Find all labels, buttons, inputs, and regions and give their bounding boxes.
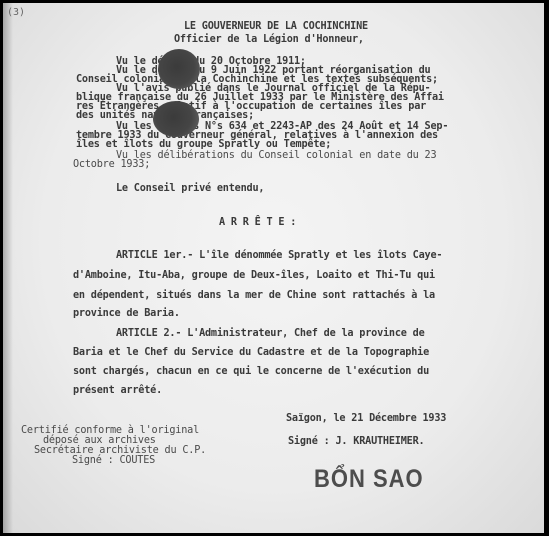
article-line: présent arrêté. [73, 385, 162, 396]
place-date: Saïgon, le 21 Décembre 1933 [286, 413, 446, 424]
article-line: ARTICLE 2.- L'Administrateur, Chef de la… [116, 328, 425, 339]
article-line: en dépendent, situés dans la mer de Chin… [73, 290, 435, 301]
article-line: ARTICLE 1er.- L'île dénommée Spratly et … [116, 250, 442, 261]
scan-edge-shadow [3, 3, 13, 533]
header-title: LE GOUVERNEUR DE LA COCHINCHINE [184, 21, 368, 32]
consideration-line: Vu les délibérations du Conseil colonial… [116, 150, 436, 161]
stamp-bon-sao: BỔN SAO [314, 464, 424, 494]
article-line: d'Amboine, Itu-Aba, groupe de Deux-îles,… [73, 270, 435, 281]
article-line: Baria et le Chef du Service du Cadastre … [73, 347, 429, 358]
redaction-blot [153, 101, 199, 137]
redaction-blot [158, 49, 200, 89]
decree-heading: A R R Ê T E : [219, 217, 296, 228]
certification-line: Signé : COUTES [72, 455, 155, 466]
header-subtitle: Officier de la Légion d'Honneur, [174, 34, 364, 45]
consideration-line: Octobre 1933; [73, 159, 150, 170]
corner-mark: (3) [7, 7, 25, 18]
signature: Signé : J. KRAUTHEIMER. [288, 436, 424, 447]
article-line: province de Baria. [73, 308, 180, 319]
document-page: (3) LE GOUVERNEUR DE LA COCHINCHINE Offi… [3, 3, 544, 533]
council-line: Le Conseil privé entendu, [116, 183, 264, 194]
article-line: sont chargés, chacun en ce qui le concer… [73, 366, 429, 377]
consideration-line: îles et îlots du groupe Spratly ou Tempê… [76, 139, 331, 150]
